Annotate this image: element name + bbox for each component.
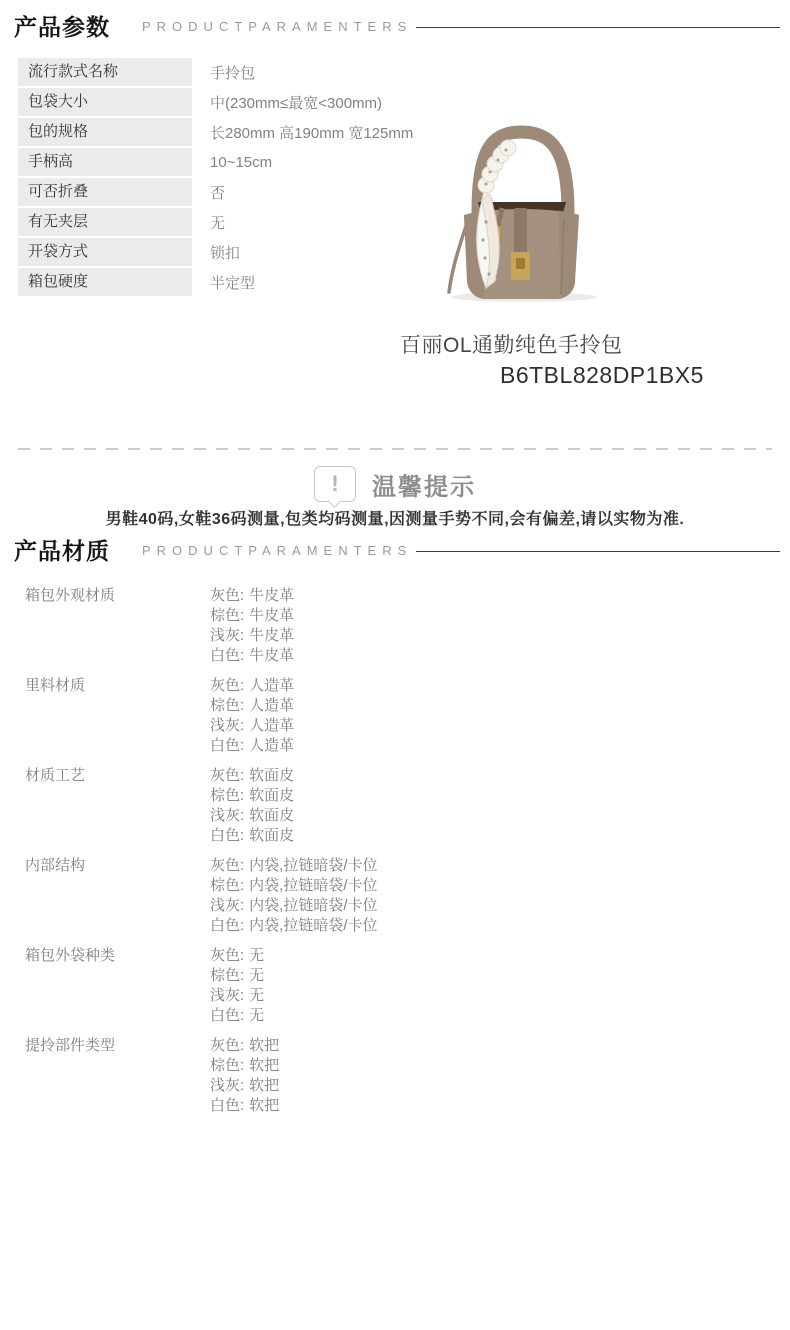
material-values: 灰色:软面皮 棕色:软面皮 浅灰:软面皮 白色:软面皮 (210, 766, 294, 846)
exclamation-bubble-icon: ! (314, 466, 356, 502)
material-line: 白色:内袋,拉链暗袋/卡位 (210, 916, 378, 936)
color-label: 白色: (210, 737, 244, 754)
material-value: 无 (249, 967, 264, 984)
table-row: 包袋大小 中(230mm≤最宽<300mm) (18, 88, 458, 116)
material-line: 白色:牛皮革 (210, 646, 294, 666)
material-line: 浅灰:人造革 (210, 716, 294, 736)
color-label: 浅灰: (210, 627, 244, 644)
material-group: 内部结构 灰色:内袋,拉链暗袋/卡位 棕色:内袋,拉链暗袋/卡位 浅灰:内袋,拉… (0, 856, 790, 936)
color-label: 棕色: (210, 607, 244, 624)
material-values: 灰色:软把 棕色:软把 浅灰:软把 白色:软把 (210, 1036, 279, 1116)
color-label: 浅灰: (210, 1077, 244, 1094)
material-group: 提拎部件类型 灰色:软把 棕色:软把 浅灰:软把 白色:软把 (0, 1036, 790, 1116)
material-value: 软面皮 (249, 807, 294, 824)
material-value: 牛皮革 (249, 647, 294, 664)
material-value: 内袋,拉链暗袋/卡位 (249, 917, 377, 934)
material-value: 牛皮革 (249, 607, 294, 624)
material-line: 棕色:软把 (210, 1056, 279, 1076)
material-line: 白色:软把 (210, 1096, 279, 1116)
color-label: 棕色: (210, 697, 244, 714)
material-line: 浅灰:无 (210, 986, 264, 1006)
material-label: 里料材质 (25, 676, 210, 756)
material-line: 浅灰:软把 (210, 1076, 279, 1096)
material-group: 箱包外观材质 灰色:牛皮革 棕色:牛皮革 浅灰:牛皮革 白色:牛皮革 (0, 586, 790, 666)
color-label: 棕色: (210, 967, 244, 984)
material-value: 软把 (249, 1037, 279, 1054)
color-label: 棕色: (210, 1057, 244, 1074)
material-values: 灰色:人造革 棕色:人造革 浅灰:人造革 白色:人造革 (210, 676, 294, 756)
tips-title: 温馨提示 (372, 467, 476, 502)
table-row: 包的规格 长280mm 高190mm 宽125mm (18, 118, 458, 146)
row-value: 长280mm 高190mm 宽125mm (210, 122, 413, 143)
material-group: 里料材质 灰色:人造革 棕色:人造革 浅灰:人造革 白色:人造革 (0, 676, 790, 756)
material-values: 灰色:牛皮革 棕色:牛皮革 浅灰:牛皮革 白色:牛皮革 (210, 586, 294, 666)
row-value: 10~15cm (210, 154, 272, 171)
material-value: 无 (249, 947, 264, 964)
material-value: 人造革 (249, 677, 294, 694)
color-label: 灰色: (210, 947, 244, 964)
material-values: 灰色:内袋,拉链暗袋/卡位 棕色:内袋,拉链暗袋/卡位 浅灰:内袋,拉链暗袋/卡… (210, 856, 378, 936)
material-group: 材质工艺 灰色:软面皮 棕色:软面皮 浅灰:软面皮 白色:软面皮 (0, 766, 790, 846)
material-line: 白色:人造革 (210, 736, 294, 756)
section-header-materials: 产品材质 PRODUCTPARAMENTERS (0, 536, 790, 566)
material-label: 提拎部件类型 (25, 1036, 210, 1116)
row-value: 锁扣 (210, 242, 240, 263)
color-label: 浅灰: (210, 717, 244, 734)
material-line: 灰色:牛皮革 (210, 586, 294, 606)
row-value: 否 (210, 182, 225, 203)
material-line: 灰色:软把 (210, 1036, 279, 1056)
color-label: 白色: (210, 827, 244, 844)
material-value: 无 (249, 1007, 264, 1024)
material-value: 内袋,拉链暗袋/卡位 (249, 897, 377, 914)
color-label: 灰色: (210, 857, 244, 874)
row-label: 包袋大小 (18, 88, 192, 116)
table-row: 有无夹层 无 (18, 208, 458, 236)
material-value: 牛皮革 (249, 587, 294, 604)
materials-list: 箱包外观材质 灰色:牛皮革 棕色:牛皮革 浅灰:牛皮革 白色:牛皮革 里料材质 … (0, 586, 790, 1116)
color-label: 棕色: (210, 877, 244, 894)
row-label: 手柄高 (18, 148, 192, 176)
material-line: 浅灰:内袋,拉链暗袋/卡位 (210, 896, 378, 916)
product-detail-page: 产品参数 PRODUCTPARAMENTERS 流行款式名称 手拎包 包袋大小 … (0, 0, 790, 1330)
table-row: 流行款式名称 手拎包 (18, 58, 458, 86)
tips-text: 男鞋40码,女鞋36码测量,包类均码测量,因测量手势不同,会有偏差,请以实物为准… (0, 510, 790, 530)
color-label: 浅灰: (210, 987, 244, 1004)
color-label: 灰色: (210, 1037, 244, 1054)
handbag-image (428, 112, 613, 304)
material-value: 无 (249, 987, 264, 1004)
table-row: 箱包硬度 半定型 (18, 268, 458, 296)
row-value: 手拎包 (210, 62, 255, 83)
row-label: 有无夹层 (18, 208, 192, 236)
material-value: 软面皮 (249, 827, 294, 844)
section-subtitle: PRODUCTPARAMENTERS (142, 12, 412, 42)
material-value: 内袋,拉链暗袋/卡位 (249, 857, 377, 874)
row-label: 开袋方式 (18, 238, 192, 266)
dashed-divider (18, 448, 772, 450)
material-value: 软把 (249, 1057, 279, 1074)
material-value: 软把 (249, 1077, 279, 1094)
table-row: 手柄高 10~15cm (18, 148, 458, 176)
color-label: 白色: (210, 1007, 244, 1024)
material-value: 软面皮 (249, 787, 294, 804)
color-label: 白色: (210, 647, 244, 664)
section-title: 产品材质 (14, 536, 110, 566)
section-rule (416, 551, 780, 552)
material-line: 棕色:人造革 (210, 696, 294, 716)
section-title: 产品参数 (14, 12, 110, 42)
row-value: 中(230mm≤最宽<300mm) (210, 92, 382, 113)
material-label: 内部结构 (25, 856, 210, 936)
material-group: 箱包外袋种类 灰色:无 棕色:无 浅灰:无 白色:无 (0, 946, 790, 1026)
material-label: 箱包外袋种类 (25, 946, 210, 1026)
color-label: 浅灰: (210, 807, 244, 824)
material-value: 人造革 (249, 697, 294, 714)
material-value: 牛皮革 (249, 627, 294, 644)
material-line: 棕色:无 (210, 966, 264, 986)
params-table: 流行款式名称 手拎包 包袋大小 中(230mm≤最宽<300mm) 包的规格 长… (18, 58, 458, 296)
color-label: 浅灰: (210, 897, 244, 914)
material-value: 人造革 (249, 737, 294, 754)
material-line: 灰色:内袋,拉链暗袋/卡位 (210, 856, 378, 876)
material-line: 棕色:软面皮 (210, 786, 294, 806)
color-label: 棕色: (210, 787, 244, 804)
row-value: 半定型 (210, 272, 255, 293)
color-label: 灰色: (210, 767, 244, 784)
material-label: 材质工艺 (25, 766, 210, 846)
material-label: 箱包外观材质 (25, 586, 210, 666)
row-label: 可否折叠 (18, 178, 192, 206)
section-header-params: 产品参数 PRODUCTPARAMENTERS (0, 0, 790, 42)
material-line: 灰色:无 (210, 946, 264, 966)
row-value: 无 (210, 212, 225, 233)
table-row: 开袋方式 锁扣 (18, 238, 458, 266)
color-label: 白色: (210, 917, 244, 934)
row-label: 箱包硬度 (18, 268, 192, 296)
row-label: 包的规格 (18, 118, 192, 146)
material-value: 软面皮 (249, 767, 294, 784)
color-label: 白色: (210, 1097, 244, 1114)
material-value: 软把 (249, 1097, 279, 1114)
material-value: 内袋,拉链暗袋/卡位 (249, 877, 377, 894)
material-line: 棕色:内袋,拉链暗袋/卡位 (210, 876, 378, 896)
material-values: 灰色:无 棕色:无 浅灰:无 白色:无 (210, 946, 264, 1026)
row-label: 流行款式名称 (18, 58, 192, 86)
material-line: 灰色:人造革 (210, 676, 294, 696)
section-rule (416, 27, 780, 28)
material-value: 人造革 (249, 717, 294, 734)
section-subtitle: PRODUCTPARAMENTERS (142, 536, 412, 566)
material-line: 灰色:软面皮 (210, 766, 294, 786)
color-label: 灰色: (210, 677, 244, 694)
table-row: 可否折叠 否 (18, 178, 458, 206)
material-line: 白色:无 (210, 1006, 264, 1026)
material-line: 浅灰:牛皮革 (210, 626, 294, 646)
material-line: 浅灰:软面皮 (210, 806, 294, 826)
product-code: B6TBL828DP1BX5 (500, 362, 704, 389)
material-line: 棕色:牛皮革 (210, 606, 294, 626)
product-name: 百丽OL通勤纯色手拎包 (400, 329, 623, 359)
color-label: 灰色: (210, 587, 244, 604)
material-line: 白色:软面皮 (210, 826, 294, 846)
tips-header: ! 温馨提示 (0, 464, 790, 504)
